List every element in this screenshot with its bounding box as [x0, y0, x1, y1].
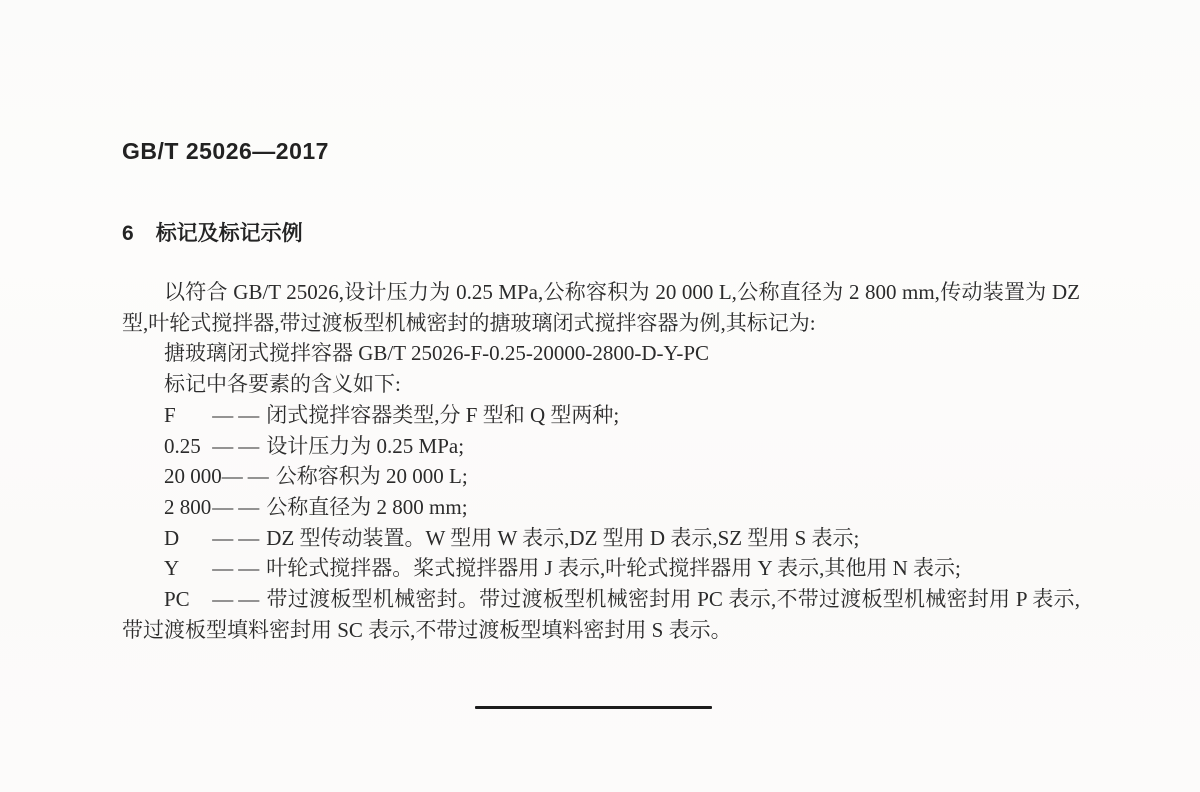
em-dash: —— [222, 464, 274, 488]
designation-example-line: 搪玻璃闭式搅拌容器 GB/T 25026-F-0.25-20000-2800-D… [122, 338, 1080, 369]
designation-element-volume: 20 000——公称容积为 20 000 L; [122, 461, 1080, 492]
designation-element-agitator: Y——叶轮式搅拌器。桨式搅拌器用 J 表示,叶轮式搅拌器用 Y 表示,其他用 N… [122, 553, 1080, 584]
list-intro-line: 标记中各要素的含义如下: [122, 369, 1080, 400]
designation-element-pressure: 0.25——设计压力为 0.25 MPa; [122, 431, 1080, 462]
designation-element-seal: PC——带过渡板型机械密封。带过渡板型机械密封用 PC 表示,不带过渡板型机械密… [122, 584, 1080, 645]
element-label: 2 800 [164, 492, 212, 523]
element-label: PC [164, 584, 212, 615]
element-description: 公称容积为 20 000 L; [276, 464, 468, 488]
em-dash: —— [212, 556, 264, 580]
element-label: 0.25 [164, 431, 212, 462]
element-label: 20 000 [164, 461, 222, 492]
em-dash: —— [212, 434, 264, 458]
element-description: 叶轮式搅拌器。桨式搅拌器用 J 表示,叶轮式搅拌器用 Y 表示,其他用 N 表示… [266, 556, 961, 580]
designation-element-diameter: 2 800——公称直径为 2 800 mm; [122, 492, 1080, 523]
em-dash: —— [212, 526, 264, 550]
standard-number-header: GB/T 25026—2017 [122, 138, 329, 165]
em-dash: —— [212, 587, 264, 611]
element-label: D [164, 523, 212, 554]
element-description: 公称直径为 2 800 mm; [266, 495, 467, 519]
section-title: 标记及标记示例 [156, 222, 303, 245]
element-description: 带过渡板型机械密封。带过渡板型机械密封用 PC 表示,不带过渡板型机械密封用 P… [122, 587, 1080, 642]
element-description: 闭式搅拌容器类型,分 F 型和 Q 型两种; [266, 403, 619, 427]
em-dash: —— [212, 495, 264, 519]
body-text-block: 以符合 GB/T 25026,设计压力为 0.25 MPa,公称容积为 20 0… [122, 277, 1080, 645]
end-of-text-rule [475, 706, 712, 709]
designation-element-f: F——闭式搅拌容器类型,分 F 型和 Q 型两种; [122, 400, 1080, 431]
element-label: Y [164, 553, 212, 584]
section-number: 6 [122, 222, 134, 246]
designation-element-drive: D——DZ 型传动装置。W 型用 W 表示,DZ 型用 D 表示,SZ 型用 S… [122, 523, 1080, 554]
intro-paragraph: 以符合 GB/T 25026,设计压力为 0.25 MPa,公称容积为 20 0… [122, 277, 1080, 338]
section-heading: 6标记及标记示例 [122, 217, 303, 247]
em-dash: —— [212, 403, 264, 427]
element-label: F [164, 400, 212, 431]
document-page: GB/T 25026—2017 6标记及标记示例 以符合 GB/T 25026,… [0, 0, 1200, 792]
element-description: DZ 型传动装置。W 型用 W 表示,DZ 型用 D 表示,SZ 型用 S 表示… [266, 526, 859, 550]
element-description: 设计压力为 0.25 MPa; [266, 434, 464, 458]
